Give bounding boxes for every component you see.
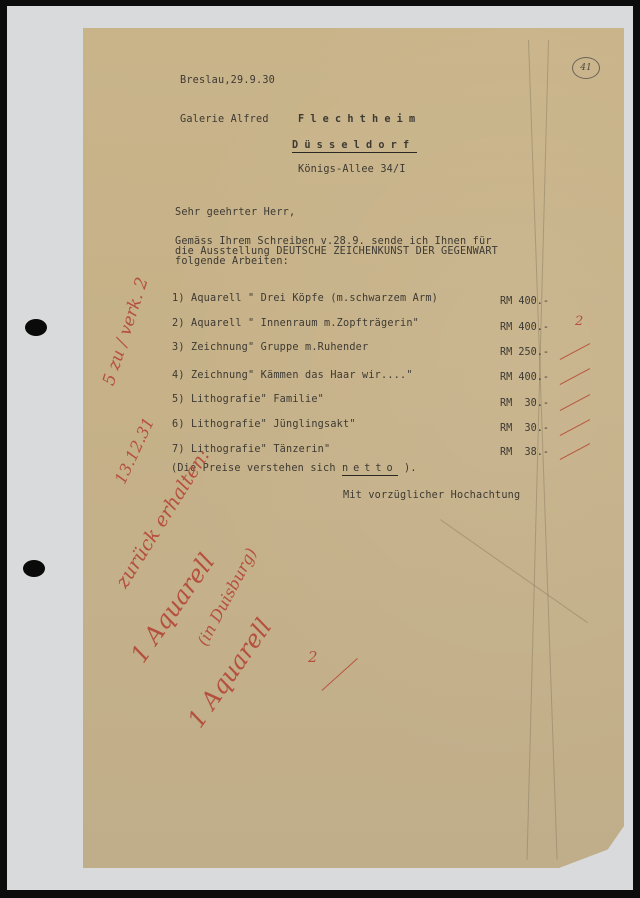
work-item: 4) Zeichnung" Kämmen das Haar wir...." [172,370,413,381]
work-price: RM 400.- [500,372,549,383]
work-price: RM 30.- [500,423,549,434]
place-date: Breslau,29.9.30 [180,75,275,86]
work-item: 6) Lithografie" Jünglingsakt" [172,419,356,430]
work-item: 3) Zeichnung" Gruppe m.Ruhender [172,342,368,353]
recipient-name: Flechtheim [298,114,421,125]
work-item: 5) Lithografie" Familie" [172,394,324,405]
work-price: RM 30.- [500,398,549,409]
work-item: 1) Aquarell " Drei Köpfe (m.schwarzem Ar… [172,293,438,304]
recipient-street: Königs-Allee 34/I [298,164,406,175]
work-price: RM 400.- [500,322,549,333]
punch-hole [25,319,47,336]
price-note-netto: netto [342,463,398,476]
work-price: RM 38.- [500,447,549,458]
recipient-prefix: Galerie Alfred [180,114,269,125]
price-note-suffix: ). [398,463,417,474]
archive-folio-stamp: 41 [572,57,600,79]
body-line: folgende Arbeiten: [175,256,289,267]
salutation: Sehr geehrter Herr, [175,207,295,218]
punch-hole [23,560,45,577]
recipient-city: Düsseldorf [292,140,417,153]
closing: Mit vorzüglicher Hochachtung [343,490,520,501]
work-item: 2) Aquarell " Innenraum m.Zopfträgerin" [172,318,419,329]
handwritten-mark: 2 [575,314,583,329]
work-price: RM 250.- [500,347,549,358]
work-price: RM 400.- [500,296,549,307]
handwritten-mark: 2 [308,648,318,666]
